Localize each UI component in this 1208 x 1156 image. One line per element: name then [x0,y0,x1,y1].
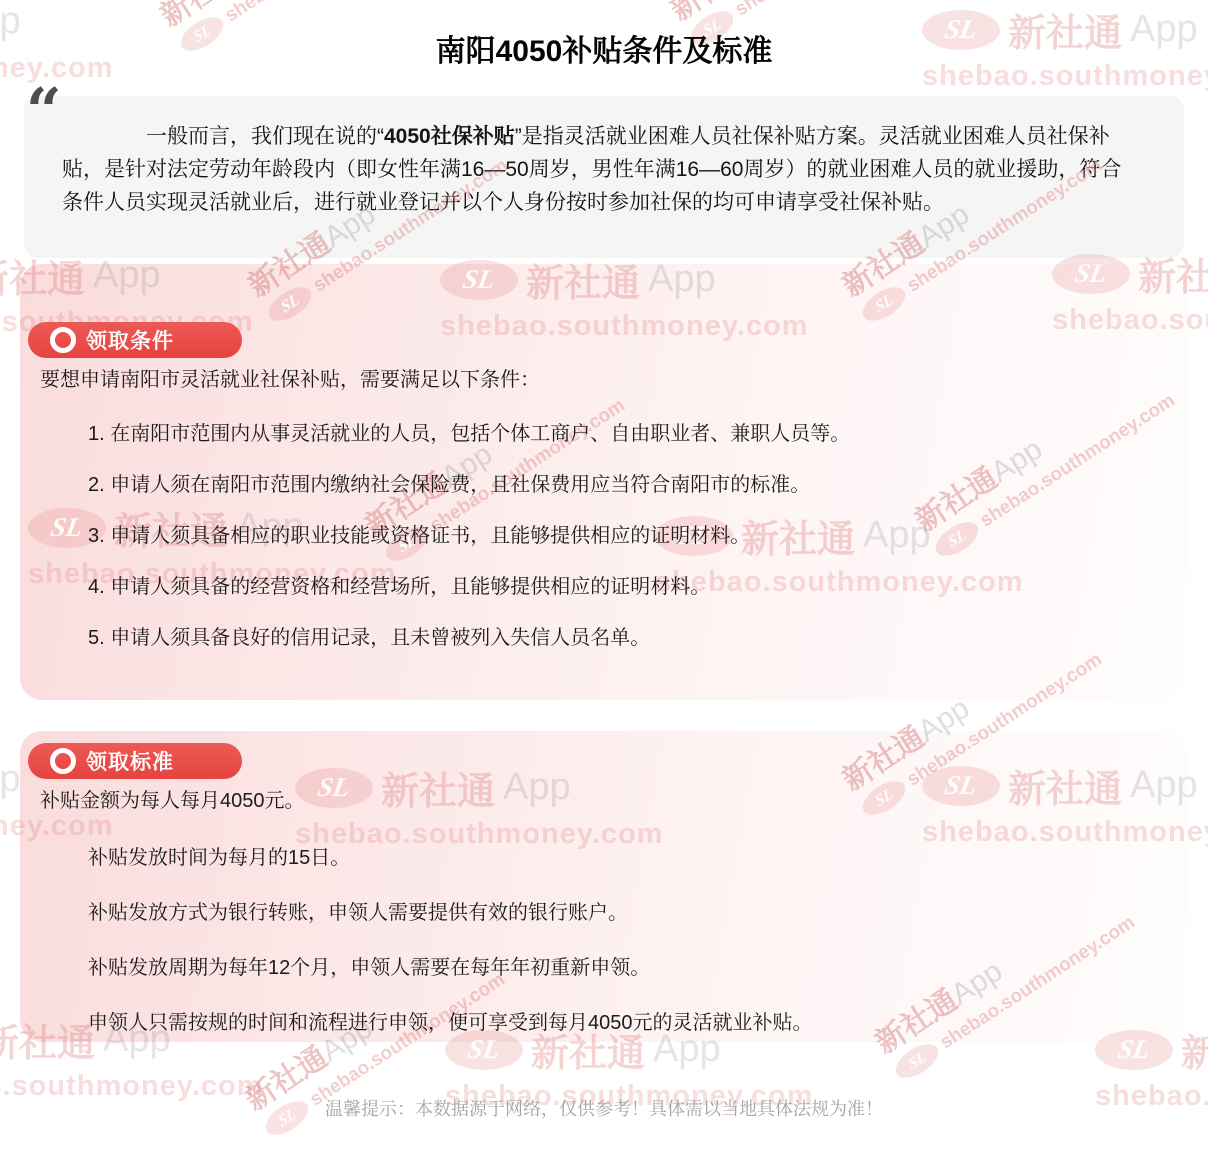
footer-disclaimer: 温馨提示：本数据源于网络，仅供参考！具体需以当地具体法规为准！ [0,1095,1208,1121]
badge-label: 领取标准 [86,746,174,776]
sl-logo-icon: SL [890,1037,944,1084]
ring-icon [50,748,76,774]
intro-text-pre: 一般而言，我们现在说的“ [146,125,384,148]
watermark-domain: shebao.southmoney.com [221,0,424,27]
badge-label: 领取条件 [86,325,174,355]
article-page: SL新社通Appshebao.southmoney.comSL新社通Appshe… [0,0,1208,1156]
watermark-brand: 新社通 [665,0,758,27]
section-lead: 要想申请南阳市灵活就业社保补贴，需要满足以下条件： [40,368,1188,392]
page-title: 南阳4050补贴条件及标准 [0,26,1208,70]
watermark-line1: 新社通App [660,0,920,29]
section-badge-standard: 领取标准 [28,743,242,779]
watermark-app: App [0,758,21,801]
watermark-domain: shebao.southmoney.com [731,0,934,21]
intro-text-bold: 4050社保补贴 [384,125,515,148]
sl-logo-text: SL [906,1047,929,1074]
section-conditions: 领取条件 要想申请南阳市灵活就业社保补贴，需要满足以下条件： 1. 在南阳市范围… [20,264,1188,700]
list-item: 补贴发放方式为银行转账，申领人需要提供有效的银行账户。 [88,901,1168,925]
section-badge-conditions: 领取条件 [28,322,242,358]
list-item: 申领人只需按规的时间和流程进行申领，便可享受到每月4050元的灵活就业补贴。 [88,1011,1168,1035]
list-item: 补贴发放周期为每年12个月，申领人需要在每年年初重新申领。 [88,956,1168,980]
section-standard: 领取标准 补贴金额为每人每月4050元。 补贴发放时间为每月的15日。 补贴发放… [20,731,1188,1042]
list-item: 3. 申请人须具备相应的职业技能或资格证书，且能够提供相应的证明材料。 [88,524,1168,548]
section-lead: 补贴金额为每人每月4050元。 [40,789,1188,813]
list-item: 补贴发放时间为每月的15日。 [88,846,1168,870]
list-item: 5. 申请人须具备良好的信用记录，且未曾被列入失信人员名单。 [88,626,1168,650]
intro-text: 一般而言，我们现在说的“4050社保补贴”是指灵活就业困难人员社保补贴方案。灵活… [24,96,1184,219]
list-item: 2. 申请人须在南阳市范围内缴纳社会保险费，且社保费用应当符合南阳市的标准。 [88,473,1168,497]
ring-icon [50,327,76,353]
intro-quote-box: “ 一般而言，我们现在说的“4050社保补贴”是指灵活就业困难人员社保补贴方案。… [24,96,1184,258]
list-item: 4. 申请人须具备的经营资格和经营场所，且能够提供相应的证明材料。 [88,575,1168,599]
list-item: 1. 在南阳市范围内从事灵活就业的人员，包括个体工商户、自由职业者、兼职人员等。 [88,422,1168,446]
